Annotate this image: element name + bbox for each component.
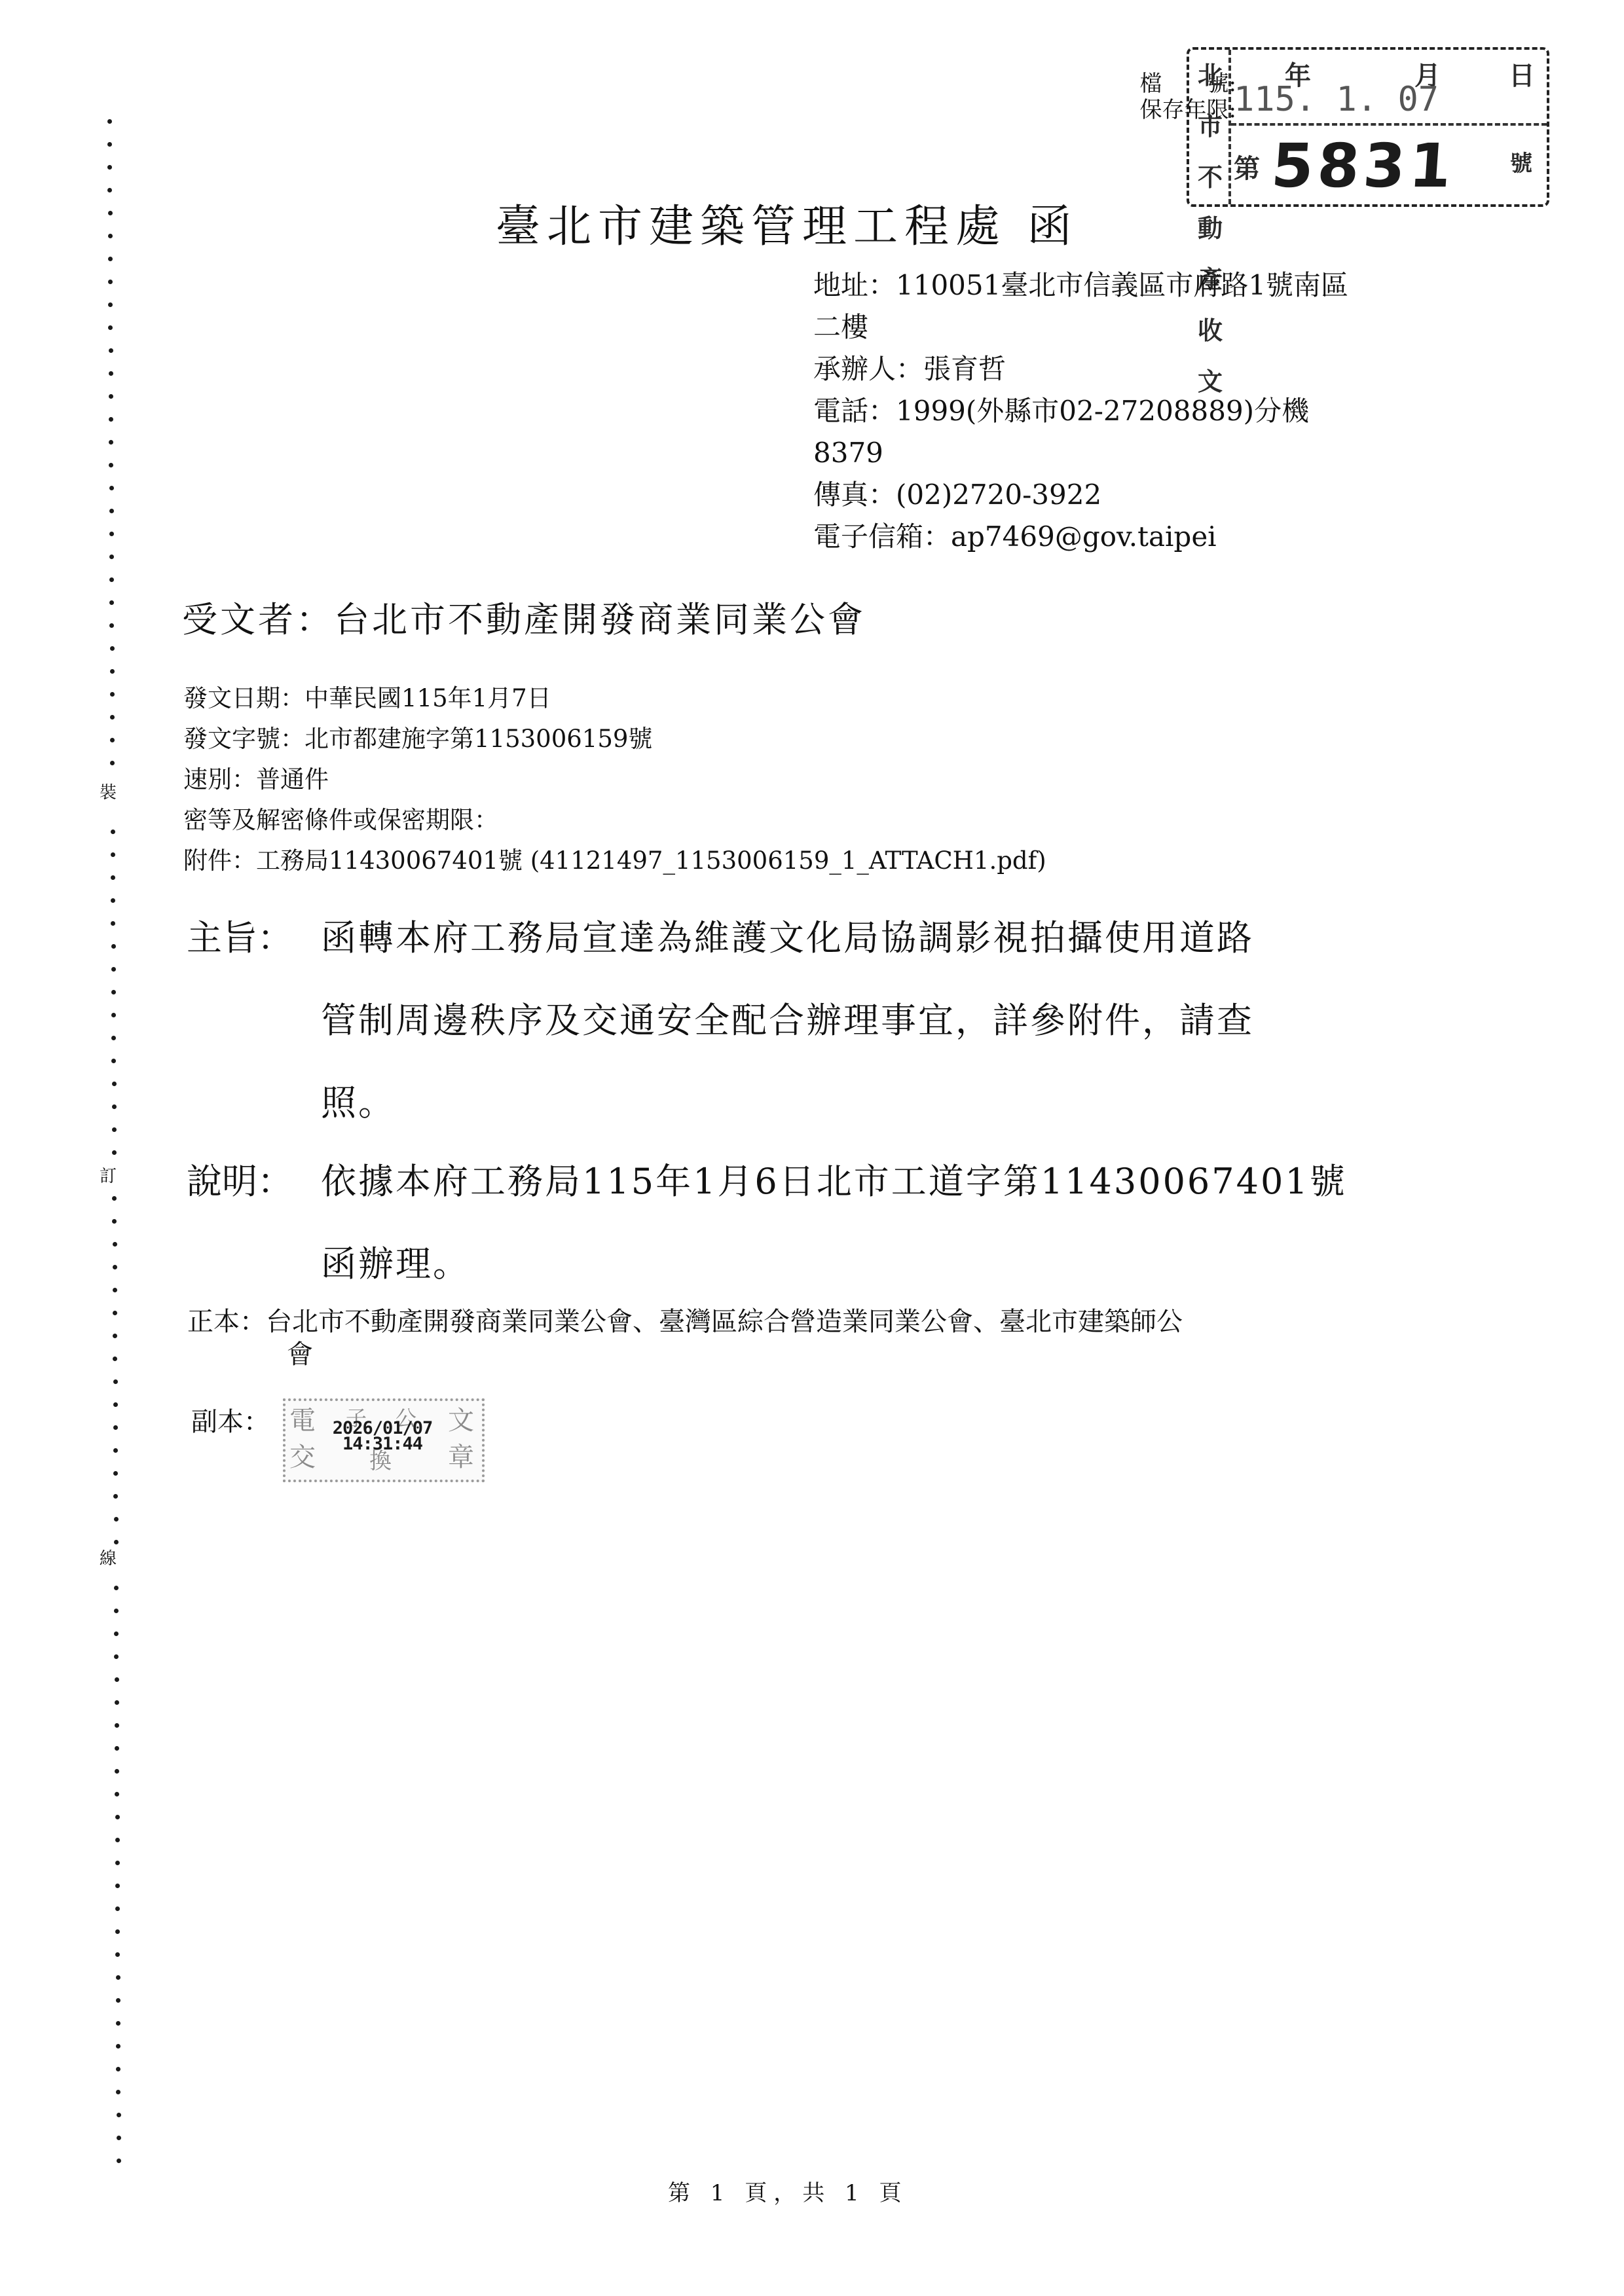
issue-date: 發文日期：中華民國115年1月7日	[183, 678, 1046, 719]
binding-dot	[111, 967, 116, 972]
binding-dot	[109, 623, 114, 628]
binding-dot	[111, 1013, 116, 1017]
phone-line: 電話：1999(外縣市02-27208889)分機	[813, 390, 1442, 432]
binding-dot	[117, 2113, 121, 2117]
binding-dot	[115, 1723, 119, 1728]
binding-dot	[115, 1906, 120, 1911]
binding-dot	[111, 990, 116, 994]
receipt-stamp: 北市 不動產 收文 年 月 日 115. 1. 07 第 5831 號	[1187, 47, 1549, 207]
binding-margin-line	[105, 115, 120, 2183]
binding-dot	[109, 463, 113, 467]
copy-label: 副本：	[191, 1401, 270, 1438]
email: 電子信箱：ap7469@gov.taipei	[813, 516, 1442, 558]
stamp-char: 交	[289, 1444, 316, 1470]
binding-dot	[113, 1471, 118, 1476]
binding-dot	[109, 394, 113, 399]
explanation-line: 函辦理。	[321, 1223, 1347, 1305]
document-title: 臺北市建築管理工程處 函	[496, 191, 1079, 255]
fax: 傳真：(02)2720-3922	[813, 474, 1442, 516]
binding-dot	[110, 761, 115, 765]
binding-dot	[109, 486, 114, 490]
subject-label: 主旨：	[187, 897, 293, 979]
binding-dot	[114, 1586, 119, 1590]
binding-mark-xian: 線	[100, 1550, 117, 1567]
distribution-original: 正本：台北市不動產開發商業同業公會、臺灣區綜合營造業同業公會、臺北市建築師公 會	[187, 1305, 1183, 1371]
explanation-line: 依據本府工務局115年1月6日北市工道字第11430067401號	[321, 1140, 1347, 1223]
binding-dot	[113, 1357, 117, 1361]
binding-dot	[116, 2021, 120, 2026]
binding-dot	[110, 715, 115, 720]
receipt-stamp-org: 北市 不動產 收文	[1189, 50, 1231, 204]
binding-dot	[108, 257, 113, 261]
binding-dot	[113, 1288, 117, 1292]
stamp-char: 電	[289, 1408, 316, 1434]
binding-dot	[112, 1127, 117, 1132]
classification: 密等及解密條件或保密期限：	[183, 800, 1046, 841]
binding-dot	[107, 165, 112, 170]
binding-dot	[113, 1448, 118, 1453]
binding-dot	[112, 1196, 117, 1201]
address-line: 地址：110051臺北市信義區市府路1號南區	[813, 264, 1442, 306]
binding-dot	[108, 280, 113, 284]
stamp-number-suffix: 號	[1510, 145, 1532, 177]
binding-dot	[113, 1494, 118, 1499]
binding-mark-zhuang: 裝	[100, 784, 117, 801]
binding-dot	[116, 2067, 120, 2071]
page-footer: 第 1 頁，共 1 頁	[668, 2175, 908, 2207]
binding-dot	[112, 1104, 117, 1109]
stamp-timestamp: 2026/01/07 14:31:44	[323, 1421, 441, 1452]
binding-dot	[114, 1654, 119, 1659]
attachment: 附件：工務局11430067401號 (41121497_1153006159_…	[183, 841, 1046, 881]
binding-dot	[111, 921, 115, 926]
binding-dot	[116, 2090, 120, 2094]
binding-dot	[115, 1769, 119, 1774]
binding-mark-ding: 訂	[100, 1168, 117, 1185]
binding-dot	[115, 1929, 120, 1934]
binding-dot	[112, 1219, 117, 1224]
binding-dot	[109, 600, 114, 605]
explanation-body: 依據本府工務局115年1月6日北市工道字第11430067401號 函辦理。	[321, 1140, 1347, 1305]
subject-line: 照。	[321, 1062, 1254, 1144]
binding-dot	[111, 1059, 116, 1063]
binding-dot	[108, 302, 113, 307]
binding-dot	[107, 119, 112, 124]
binding-dot	[107, 142, 112, 147]
binding-dot	[116, 2044, 120, 2049]
original-recipients-cont: 會	[187, 1338, 1183, 1371]
binding-dot	[115, 1700, 119, 1705]
original-recipients: 台北市不動產開發商業同業公會、臺灣區綜合營造業同業公會、臺北市建築師公	[266, 1307, 1183, 1337]
stamp-org-line: 北市	[1189, 50, 1228, 152]
handler: 承辦人：張育哲	[813, 348, 1442, 390]
binding-dot	[109, 555, 114, 559]
binding-dot	[114, 1631, 119, 1636]
stamp-receipt-number: 5831	[1269, 131, 1458, 201]
subject-body: 函轉本府工務局宣達為維護文化局協調影視拍攝使用道路 管制周邊秩序及交通安全配合辦…	[321, 897, 1254, 1144]
binding-dot	[108, 211, 113, 215]
binding-dot	[115, 1792, 119, 1796]
binding-dot	[109, 577, 114, 582]
binding-dot	[112, 1150, 117, 1155]
issue-number: 發文字號：北市都建施字第1153006159號	[183, 719, 1046, 759]
stamp-day-label: 日	[1509, 55, 1535, 92]
phone-extension: 8379	[813, 432, 1442, 474]
speed-class: 速別：普通件	[183, 759, 1046, 800]
stamp-date-value: 115. 1. 07	[1234, 80, 1439, 119]
binding-dot	[109, 440, 113, 445]
stamp-char: 文	[448, 1408, 474, 1434]
binding-dot	[113, 1311, 117, 1315]
stamp-number-prefix: 第	[1234, 148, 1260, 185]
binding-dot	[111, 898, 115, 903]
binding-dot	[111, 852, 115, 857]
binding-dot	[112, 1082, 117, 1086]
receipt-stamp-number-row: 第 5831 號	[1231, 126, 1547, 204]
explanation-label: 說明：	[187, 1140, 293, 1223]
binding-dot	[111, 1036, 116, 1040]
binding-dot	[110, 692, 115, 697]
receipt-stamp-date-row: 年 月 日 115. 1. 07	[1231, 50, 1547, 126]
binding-dot	[115, 1838, 120, 1842]
binding-dot	[108, 234, 113, 238]
binding-dot	[110, 669, 115, 674]
binding-dot	[110, 646, 115, 651]
binding-dot	[107, 188, 112, 192]
binding-dot	[109, 509, 114, 513]
address-line: 二樓	[813, 306, 1442, 348]
binding-dot	[113, 1402, 118, 1407]
document-meta: 發文日期：中華民國115年1月7日 發文字號：北市都建施字第1153006159…	[183, 678, 1046, 881]
binding-dot	[109, 348, 113, 353]
binding-dot	[115, 1861, 120, 1865]
binding-dot	[116, 1998, 120, 2003]
binding-dot	[115, 1884, 120, 1888]
binding-dot	[113, 1425, 118, 1430]
binding-dot	[109, 371, 113, 376]
binding-dot	[111, 944, 116, 949]
subject-line: 函轉本府工務局宣達為維護文化局協調影視拍攝使用道路	[321, 897, 1254, 979]
original-label: 正本：	[187, 1307, 266, 1337]
binding-dot	[114, 1517, 119, 1522]
stamp-time: 14:31:44	[323, 1436, 441, 1452]
binding-dot	[116, 1975, 120, 1980]
binding-dot	[113, 1334, 117, 1338]
binding-dot	[109, 532, 114, 536]
subject-line: 管制周邊秩序及交通安全配合辦理事宜，詳參附件，請查	[321, 979, 1254, 1062]
binding-dot	[110, 738, 115, 742]
contact-block: 地址：110051臺北市信義區市府路1號南區 二樓 承辦人：張育哲 電話：199…	[813, 264, 1442, 558]
binding-dot	[115, 1746, 119, 1751]
binding-dot	[108, 325, 113, 330]
stamp-char: 章	[448, 1444, 474, 1470]
binding-dot	[117, 2159, 121, 2163]
binding-dot	[114, 1540, 119, 1544]
binding-dot	[111, 875, 115, 880]
binding-dot	[115, 1677, 119, 1682]
recipient: 受文者：台北市不動產開發商業同業公會	[182, 592, 866, 642]
exchange-stamp: 電 子 公 文 交 換 章 2026/01/07 14:31:44	[283, 1398, 485, 1482]
binding-dot	[109, 417, 113, 422]
binding-dot	[115, 1815, 120, 1819]
binding-dot	[115, 1952, 120, 1957]
binding-dot	[113, 1379, 118, 1384]
binding-dot	[111, 829, 115, 834]
binding-dot	[117, 2136, 121, 2140]
binding-dot	[113, 1242, 117, 1247]
binding-dot	[113, 1265, 117, 1269]
binding-dot	[114, 1609, 119, 1613]
